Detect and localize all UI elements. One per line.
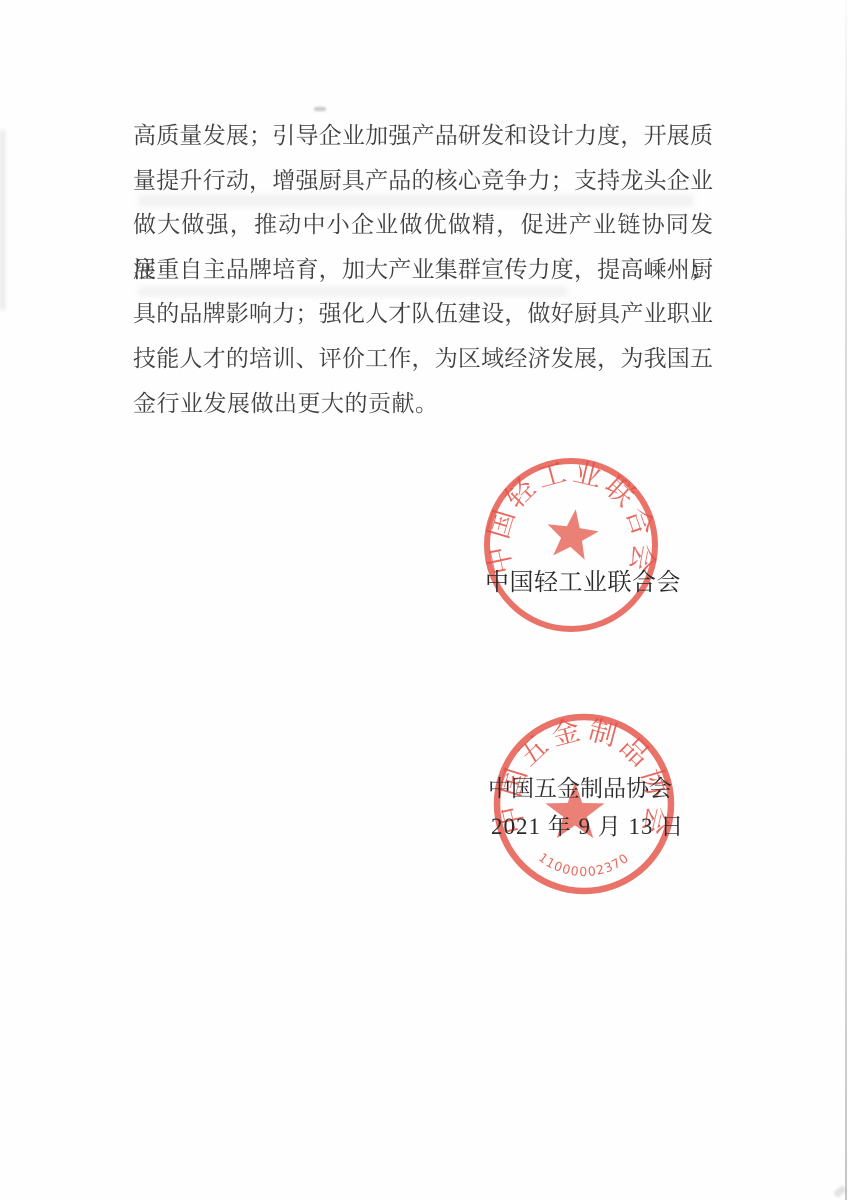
document-body: 高质量发展；引导企业加强产品研发和设计力度，开展质 量提升行动，增强厨具产品的核…	[133, 114, 713, 426]
body-line: 具的品牌影响力；强化人才队伍建设，做好厨具产业职业	[133, 292, 713, 337]
seal-arc-text: 中国轻工业联合会	[481, 455, 661, 577]
org-name-hardware-association: 中国五金制品协会	[488, 770, 672, 803]
body-line: 技能人才的培训、评价工作，为区域经济发展，为我国五	[133, 337, 713, 382]
light-industry-council-seal: 中国轻工业联合会	[476, 450, 666, 640]
scan-speck	[314, 107, 326, 111]
ink-bleed-artifact	[138, 286, 568, 297]
body-line: 金行业发展做出更大的贡献。	[133, 382, 713, 427]
hardware-association-seal: 中国五金制品协会 1100000237060	[486, 706, 682, 902]
body-line: 做大做强，推动中小企业做优做精，促进产业链协同发展；	[133, 203, 713, 248]
scan-edge-smudge	[0, 130, 5, 310]
svg-text:中国轻工业联合会: 中国轻工业联合会	[481, 455, 661, 577]
signature-date: 2021 年 9 月 13 日	[491, 808, 684, 841]
ink-bleed-artifact	[138, 194, 694, 207]
scan-edge-line	[845, 0, 847, 1200]
org-name-light-industry-council: 中国轻工业联合会	[485, 562, 681, 597]
star-icon	[544, 506, 602, 561]
body-line: 高质量发展；引导企业加强产品研发和设计力度，开展质	[133, 114, 713, 159]
scanned-document-page: 高质量发展；引导企业加强产品研发和设计力度，开展质 量提升行动，增强厨具产品的核…	[0, 0, 848, 1200]
